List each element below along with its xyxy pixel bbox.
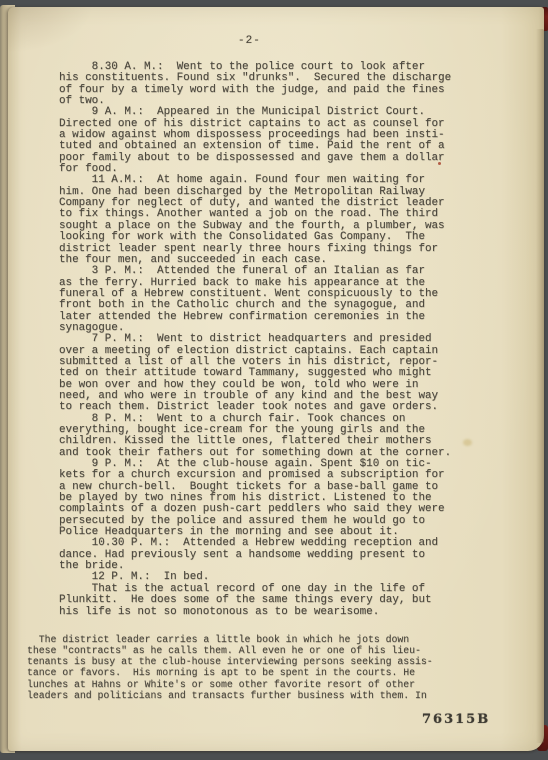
diary-entry: 3 P. M.: Attended the funeral of an Ital… [59, 266, 533, 334]
diary-entry: 8.30 A. M.: Went to the police court to … [59, 62, 533, 107]
page-edge-right [536, 29, 544, 743]
page: -2- 8.30 A. M.: Went to the police court… [8, 7, 544, 751]
diary-entry: 10.30 P. M.: Attended a Hebrew wedding r… [59, 538, 533, 572]
paper-stain [463, 439, 472, 446]
book-scan: -2- 8.30 A. M.: Went to the police court… [0, 0, 548, 760]
diary-entry: That is the actual record of one day in … [59, 584, 533, 618]
diary-entry: 8 P. M.: Went to a church fair. Took cha… [59, 414, 533, 459]
closing-paragraph: The district leader carries a little boo… [27, 634, 533, 701]
diary-entry: 7 P. M.: Went to district headquarters a… [59, 334, 533, 413]
diary-entry: 11 A.M.: At home again. Found four men w… [59, 175, 533, 266]
diary-text: 8.30 A. M.: Went to the police court to … [59, 62, 533, 701]
diary-entry: 9 P. M.: At the club-house again. Spent … [59, 459, 533, 538]
archive-stamp: 76315B [422, 712, 490, 727]
ink-speck [438, 162, 441, 165]
diary-entry: 9 A. M.: Appeared in the Municipal Distr… [59, 107, 533, 175]
page-number: -2- [238, 35, 261, 47]
